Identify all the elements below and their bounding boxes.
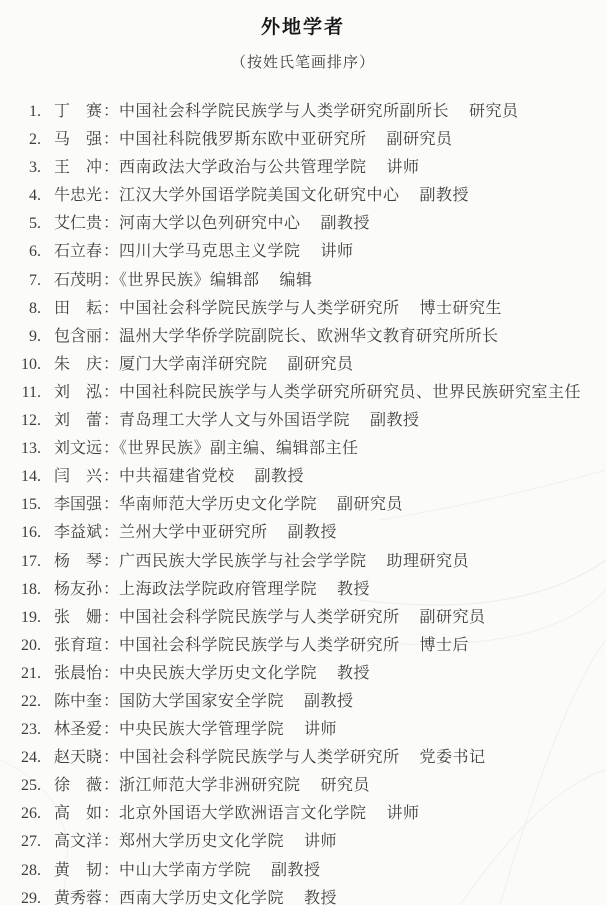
item-number: 29. <box>14 885 41 905</box>
scholar-post-title: 副教授 <box>420 187 470 204</box>
scholar-post-title: 教授 <box>337 581 370 598</box>
name-colon: ： <box>103 243 119 260</box>
name-colon: ： <box>103 496 119 513</box>
scholar-name: 包含丽 <box>54 323 103 351</box>
list-item: 27.高文洋：郑州大学历史文化学院讲师 <box>14 828 606 856</box>
list-item: 19.张 姗：中国社会科学院民族学与人类学研究所副研究员 <box>14 604 606 632</box>
item-number: 16. <box>14 519 41 547</box>
item-number: 17. <box>14 548 41 576</box>
name-colon: ： <box>103 440 119 457</box>
item-number: 19. <box>14 604 41 632</box>
item-number: 20. <box>14 632 41 660</box>
scholar-affiliation: 北京外国语大学欧洲语言文化学院 <box>119 805 367 822</box>
scholar-affiliation: 西南大学历史文化学院 <box>119 890 284 905</box>
scholar-affiliation: 青岛理工大学人文与外国语学院 <box>119 412 350 429</box>
list-item: 21.张晨怡：中央民族大学历史文化学院教授 <box>14 660 606 688</box>
scholar-post-title: 副教授 <box>271 862 321 879</box>
item-number: 18. <box>14 576 41 604</box>
list-item: 22.陈中奎：国防大学国家安全学院副教授 <box>14 688 606 716</box>
scholar-name: 黄 韧 <box>54 857 103 885</box>
list-item: 17.杨 琴：广西民族大学民族学与社会学学院助理研究员 <box>14 548 606 576</box>
item-number: 1. <box>14 98 41 126</box>
scholar-affiliation: 华南师范大学历史文化学院 <box>119 496 317 513</box>
list-item: 24.赵天晓：中国社会科学院民族学与人类学研究所党委书记 <box>14 744 606 772</box>
scholar-post-title: 副研究员 <box>337 496 403 513</box>
item-number: 27. <box>14 828 41 856</box>
scholar-name: 徐 薇 <box>54 772 103 800</box>
page-subtitle: （按姓氏笔画排序） <box>0 51 606 72</box>
scholar-post-title: 副研究员 <box>288 356 354 373</box>
scholar-affiliation: 河南大学以色列研究中心 <box>119 215 301 232</box>
list-item: 20.张育瑄：中国社会科学院民族学与人类学研究所博士后 <box>14 632 606 660</box>
list-item: 12.刘 蕾：青岛理工大学人文与外国语学院副教授 <box>14 407 606 435</box>
scholar-post-title: 讲师 <box>387 159 420 176</box>
scholar-post-title: 助理研究员 <box>387 553 470 570</box>
scholar-post-title: 教授 <box>337 665 370 682</box>
scholar-affiliation: 中国社科院民族学与人类学研究所研究员、世界民族研究室主任 <box>119 384 581 401</box>
scholar-post-title: 编辑 <box>280 272 313 289</box>
scholar-name: 石立春 <box>54 238 103 266</box>
scholar-post-title: 讲师 <box>321 243 354 260</box>
name-colon: ： <box>103 524 119 541</box>
scholar-affiliation: 中国社会科学院民族学与人类学研究所 <box>119 637 400 654</box>
scholar-name: 张育瑄 <box>54 632 103 660</box>
scholar-affiliation: 中国社会科学院民族学与人类学研究所 <box>119 749 400 766</box>
scholar-affiliation: 国防大学国家安全学院 <box>119 693 284 710</box>
scholar-name: 牛忠光 <box>54 182 103 210</box>
name-colon: ： <box>103 272 119 289</box>
item-number: 14. <box>14 463 41 491</box>
name-colon: ： <box>103 103 119 120</box>
list-item: 13.刘文远：《世界民族》副主编、编辑部主任 <box>14 435 606 463</box>
scholar-name: 闫 兴 <box>54 463 103 491</box>
scholar-post-title: 博士后 <box>420 637 470 654</box>
item-number: 23. <box>14 716 41 744</box>
item-number: 2. <box>14 126 41 154</box>
scholar-name: 杨友孙 <box>54 576 103 604</box>
name-colon: ： <box>103 862 119 879</box>
name-colon: ： <box>103 665 119 682</box>
page-title: 外地学者 <box>0 12 606 39</box>
item-number: 22. <box>14 688 41 716</box>
scholar-name: 陈中奎 <box>54 688 103 716</box>
scholar-post-title: 博士研究生 <box>420 300 503 317</box>
item-number: 21. <box>14 660 41 688</box>
scholar-post-title: 研究员 <box>469 103 519 120</box>
name-colon: ： <box>103 412 119 429</box>
name-colon: ： <box>103 328 119 345</box>
scholar-name: 李益斌 <box>54 519 103 547</box>
scholar-post-title: 副教授 <box>370 412 420 429</box>
scholar-post-title: 党委书记 <box>420 749 486 766</box>
scholar-list: 1.丁 赛：中国社会科学院民族学与人类学研究所副所长研究员 2.马 强：中国社科… <box>0 98 606 905</box>
item-number: 5. <box>14 210 41 238</box>
scholar-name: 张晨怡 <box>54 660 103 688</box>
scholar-affiliation: 浙江师范大学非洲研究院 <box>119 777 301 794</box>
scholar-post-title: 副研究员 <box>420 609 486 626</box>
list-item: 18.杨友孙：上海政法学院政府管理学院教授 <box>14 576 606 604</box>
scholar-affiliation: 兰州大学中亚研究所 <box>119 524 268 541</box>
list-item: 26.高 如：北京外国语大学欧洲语言文化学院讲师 <box>14 800 606 828</box>
scholar-affiliation: 中国社会科学院民族学与人类学研究所 <box>119 300 400 317</box>
scholar-post-title: 副教授 <box>321 215 371 232</box>
scholar-name: 林圣爱 <box>54 716 103 744</box>
list-item: 4.牛忠光：江汉大学外国语学院美国文化研究中心副教授 <box>14 182 606 210</box>
list-item: 7.石茂明：《世界民族》编辑部编辑 <box>14 267 606 295</box>
item-number: 15. <box>14 491 41 519</box>
scholar-name: 王 冲 <box>54 154 103 182</box>
list-item: 15.李国强：华南师范大学历史文化学院副研究员 <box>14 491 606 519</box>
scholar-affiliation: 厦门大学南洋研究院 <box>119 356 268 373</box>
name-colon: ： <box>103 131 119 148</box>
list-item: 23.林圣爱：中央民族大学管理学院讲师 <box>14 716 606 744</box>
scholar-name: 李国强 <box>54 491 103 519</box>
scholar-affiliation: 上海政法学院政府管理学院 <box>119 581 317 598</box>
scholar-post-title: 副研究员 <box>387 131 453 148</box>
item-number: 4. <box>14 182 41 210</box>
name-colon: ： <box>103 749 119 766</box>
name-colon: ： <box>103 468 119 485</box>
list-item: 28.黄 韧：中山大学南方学院副教授 <box>14 857 606 885</box>
name-colon: ： <box>103 721 119 738</box>
list-item: 1.丁 赛：中国社会科学院民族学与人类学研究所副所长研究员 <box>14 98 606 126</box>
scholar-name: 高文洋 <box>54 828 103 856</box>
scholar-name: 杨 琴 <box>54 548 103 576</box>
item-number: 7. <box>14 267 41 295</box>
scholar-name: 石茂明 <box>54 267 103 295</box>
list-item: 14.闫 兴：中共福建省党校副教授 <box>14 463 606 491</box>
scholar-name: 马 强 <box>54 126 103 154</box>
name-colon: ： <box>103 833 119 850</box>
name-colon: ： <box>103 777 119 794</box>
item-number: 28. <box>14 857 41 885</box>
scholar-name: 田 耘 <box>54 295 103 323</box>
scholar-affiliation: 中山大学南方学院 <box>119 862 251 879</box>
item-number: 9. <box>14 323 41 351</box>
scholar-affiliation: 《世界民族》编辑部 <box>119 272 260 289</box>
name-colon: ： <box>103 553 119 570</box>
item-number: 24. <box>14 744 41 772</box>
scholar-name: 黄秀蓉 <box>54 885 103 905</box>
scholar-affiliation: 江汉大学外国语学院美国文化研究中心 <box>119 187 400 204</box>
scholar-post-title: 副教授 <box>288 524 338 541</box>
scholar-name: 丁 赛 <box>54 98 103 126</box>
scholar-name: 刘文远 <box>54 435 103 463</box>
list-item: 3.王 冲：西南政法大学政治与公共管理学院讲师 <box>14 154 606 182</box>
item-number: 13. <box>14 435 41 463</box>
name-colon: ： <box>103 805 119 822</box>
scholar-affiliation: 西南政法大学政治与公共管理学院 <box>119 159 367 176</box>
item-number: 26. <box>14 800 41 828</box>
name-colon: ： <box>103 384 119 401</box>
name-colon: ： <box>103 581 119 598</box>
name-colon: ： <box>103 215 119 232</box>
scholar-post-title: 讲师 <box>304 721 337 738</box>
list-item: 25.徐 薇：浙江师范大学非洲研究院研究员 <box>14 772 606 800</box>
list-item: 8.田 耘：中国社会科学院民族学与人类学研究所博士研究生 <box>14 295 606 323</box>
item-number: 11. <box>14 379 41 407</box>
list-item: 10.朱 庆：厦门大学南洋研究院副研究员 <box>14 351 606 379</box>
scholar-post-title: 讲师 <box>387 805 420 822</box>
list-item: 6.石立春：四川大学马克思主义学院讲师 <box>14 238 606 266</box>
scholar-post-title: 副教授 <box>304 693 354 710</box>
scholar-post-title: 讲师 <box>304 833 337 850</box>
list-item: 2.马 强：中国社科院俄罗斯东欧中亚研究所副研究员 <box>14 126 606 154</box>
name-colon: ： <box>103 159 119 176</box>
scholar-post-title: 副教授 <box>255 468 305 485</box>
scholar-post-title: 研究员 <box>321 777 371 794</box>
scholar-name: 艾仁贵 <box>54 210 103 238</box>
scholar-name: 朱 庆 <box>54 351 103 379</box>
scholar-name: 刘 蕾 <box>54 407 103 435</box>
scholar-affiliation: 中共福建省党校 <box>119 468 235 485</box>
scholar-name: 赵天晓 <box>54 744 103 772</box>
list-item: 16.李益斌：兰州大学中亚研究所副教授 <box>14 519 606 547</box>
name-colon: ： <box>103 890 119 905</box>
scholar-affiliation: 中国社科院俄罗斯东欧中亚研究所 <box>119 131 367 148</box>
scholar-affiliation: 郑州大学历史文化学院 <box>119 833 284 850</box>
name-colon: ： <box>103 637 119 654</box>
item-number: 12. <box>14 407 41 435</box>
item-number: 3. <box>14 154 41 182</box>
scholar-name: 刘 泓 <box>54 379 103 407</box>
list-item: 5.艾仁贵：河南大学以色列研究中心副教授 <box>14 210 606 238</box>
scholar-affiliation: 中国社会科学院民族学与人类学研究所 <box>119 609 400 626</box>
item-number: 8. <box>14 295 41 323</box>
list-item: 9.包含丽：温州大学华侨学院副院长、欧洲华文教育研究所所长 <box>14 323 606 351</box>
scholar-affiliation: 中国社会科学院民族学与人类学研究所副所长 <box>119 103 449 120</box>
list-item: 29.黄秀蓉：西南大学历史文化学院教授 <box>14 885 606 905</box>
name-colon: ： <box>103 187 119 204</box>
scholar-post-title: 教授 <box>304 890 337 905</box>
scholar-name: 张 姗 <box>54 604 103 632</box>
scholar-affiliation: 广西民族大学民族学与社会学学院 <box>119 553 367 570</box>
scholar-affiliation: 中央民族大学管理学院 <box>119 721 284 738</box>
item-number: 10. <box>14 351 41 379</box>
name-colon: ： <box>103 693 119 710</box>
document-page: 外地学者 （按姓氏笔画排序） 1.丁 赛：中国社会科学院民族学与人类学研究所副所… <box>0 12 606 905</box>
scholar-affiliation: 中央民族大学历史文化学院 <box>119 665 317 682</box>
scholar-affiliation: 四川大学马克思主义学院 <box>119 243 301 260</box>
list-item: 11.刘 泓：中国社科院民族学与人类学研究所研究员、世界民族研究室主任 <box>14 379 606 407</box>
name-colon: ： <box>103 356 119 373</box>
item-number: 6. <box>14 238 41 266</box>
scholar-name: 高 如 <box>54 800 103 828</box>
item-number: 25. <box>14 772 41 800</box>
name-colon: ： <box>103 300 119 317</box>
scholar-affiliation: 温州大学华侨学院副院长、欧洲华文教育研究所所长 <box>119 328 499 345</box>
name-colon: ： <box>103 609 119 626</box>
scholar-affiliation: 《世界民族》副主编、编辑部主任 <box>119 440 359 457</box>
